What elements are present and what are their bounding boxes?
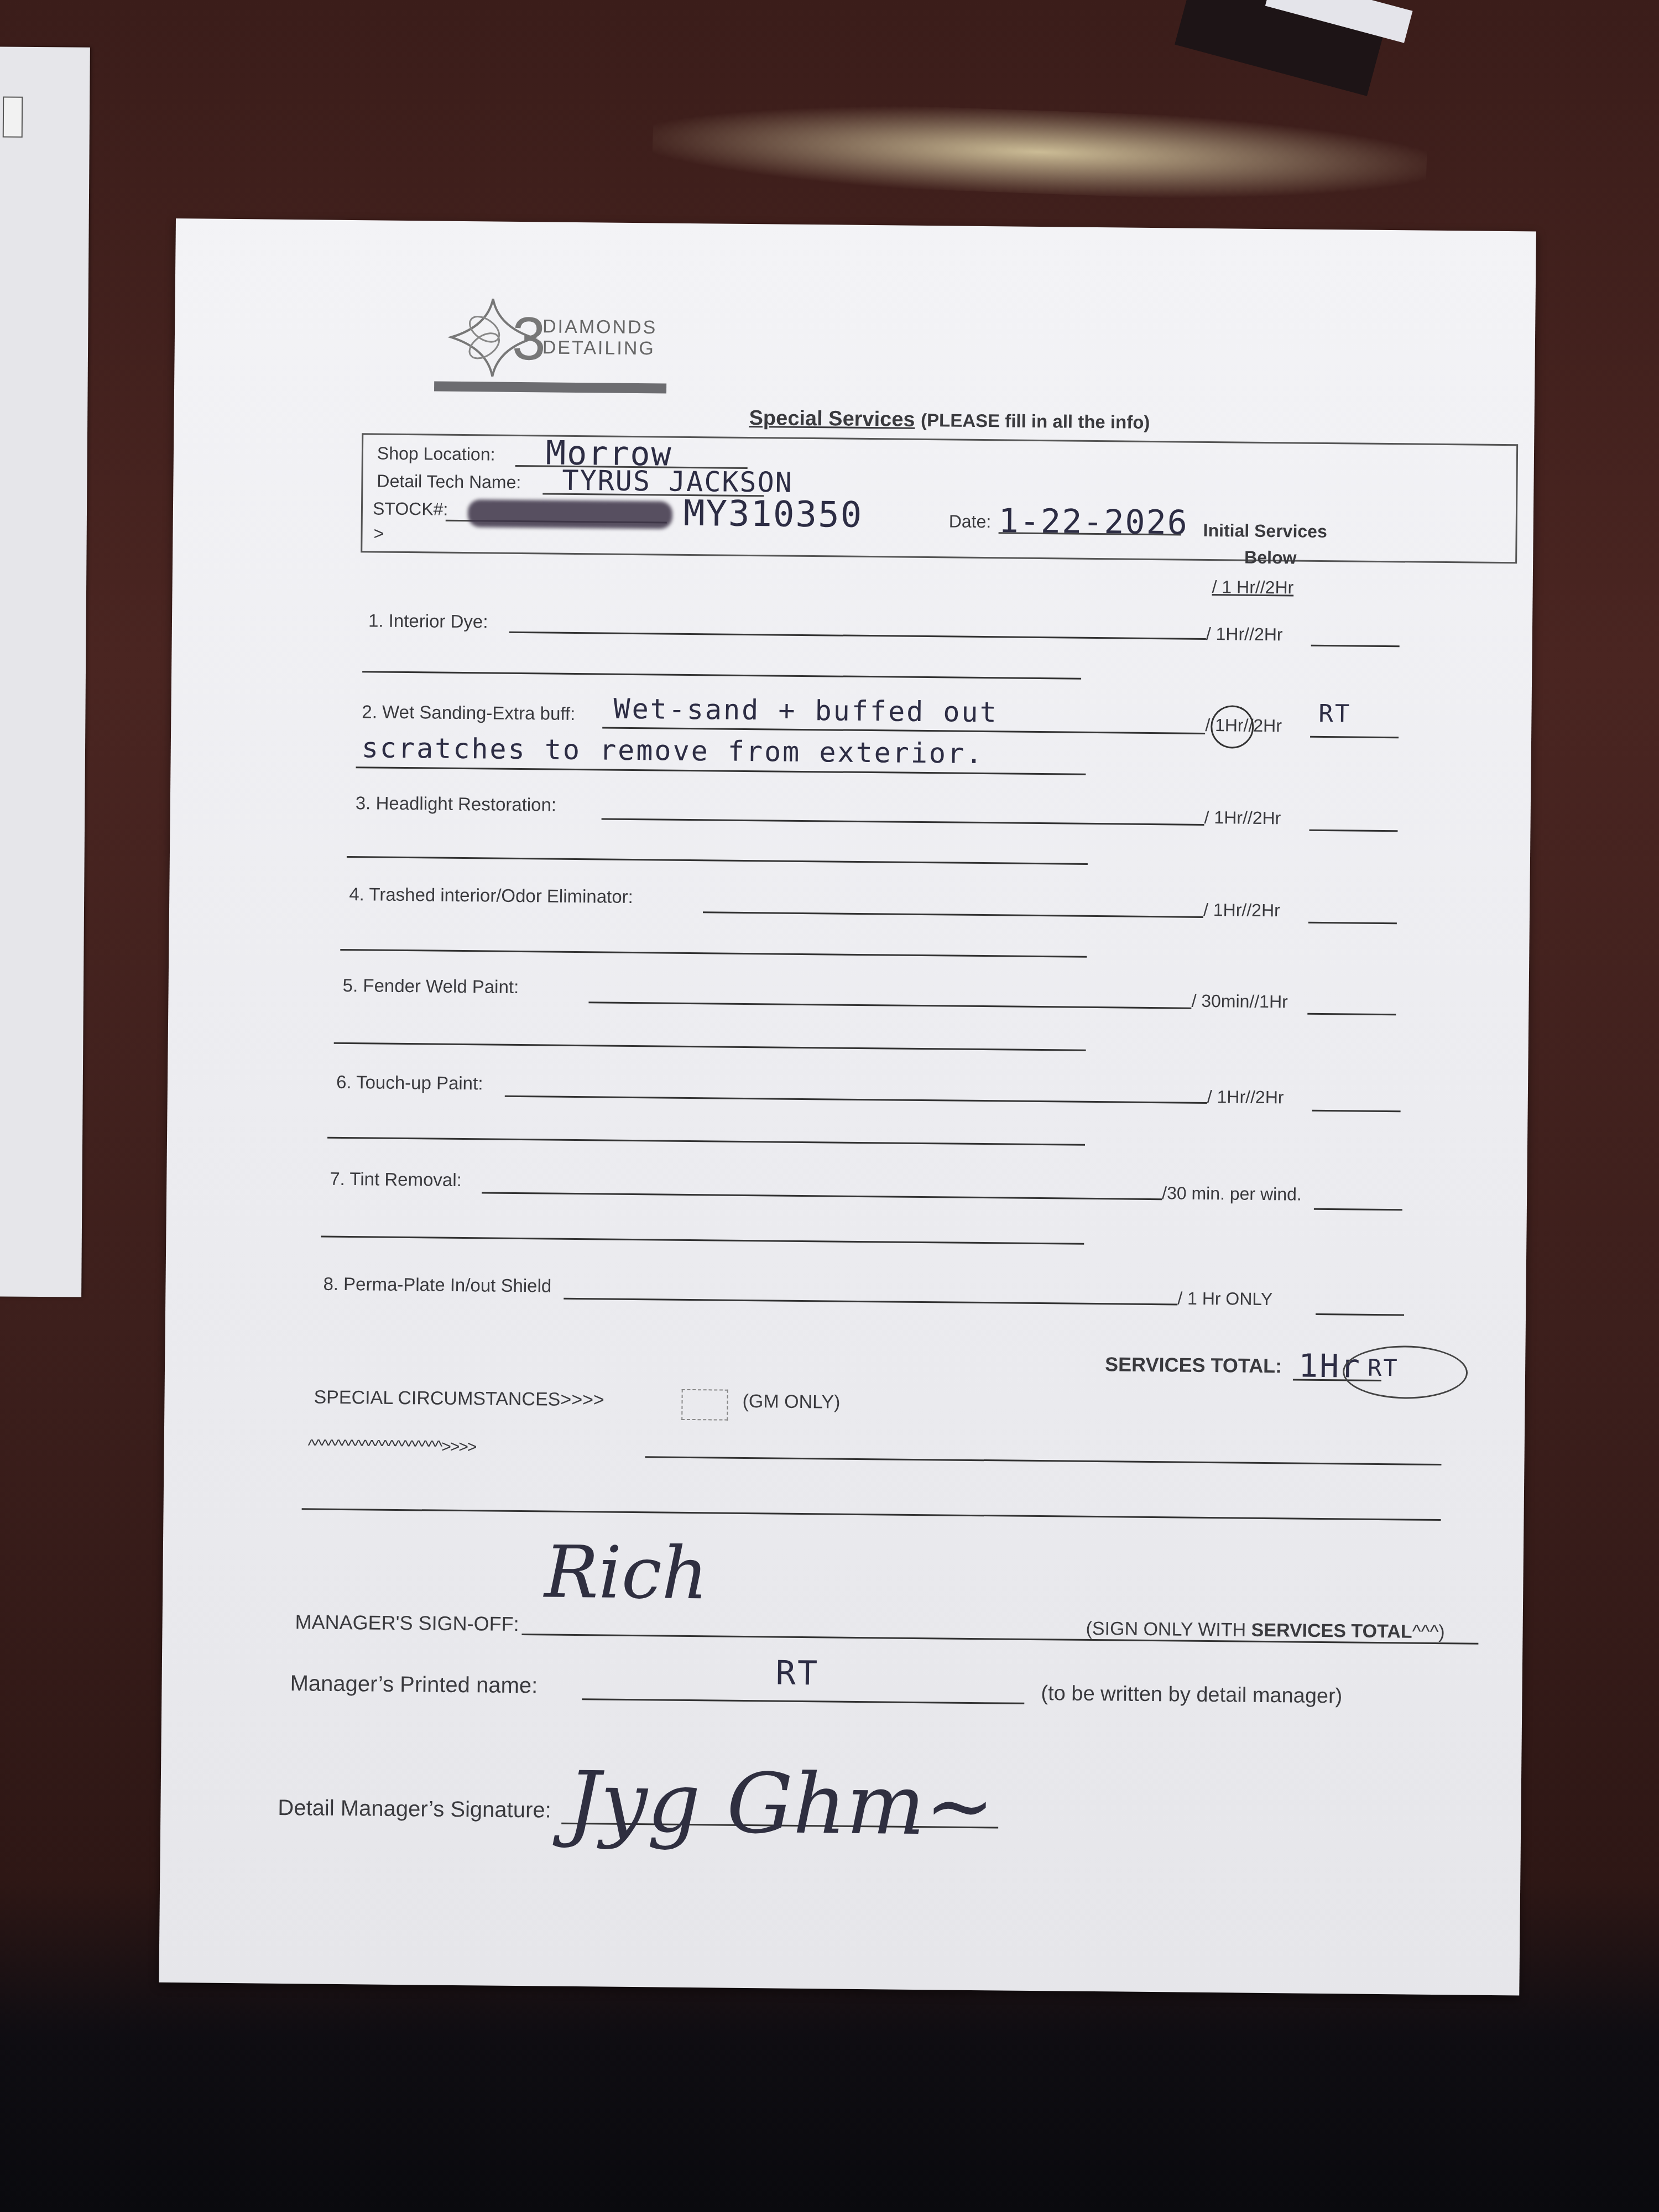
sign-only-note: (SIGN ONLY WITH SERVICES TOTAL^^^): [1086, 1618, 1445, 1643]
logo-line1: DIAMONDS: [542, 316, 658, 338]
printed-name-row: Manager’s Printed name: RT (to be writte…: [162, 1670, 1522, 1683]
service-label: 3. Headlight Restoration:: [356, 792, 557, 815]
sign-note-prefix: (SIGN ONLY WITH: [1086, 1618, 1251, 1641]
service-notes-field[interactable]: [602, 727, 1205, 734]
tech-name-label: Detail Tech Name:: [377, 471, 521, 493]
corner-paper: [1175, 0, 1391, 96]
service-label: 8. Perma-Plate In/out Shield: [323, 1274, 551, 1297]
initial-services-label: Initial Services: [1203, 520, 1327, 542]
special-circumstances-notes: ^^^^^^^^^^^^^^^^^^^^>>>>: [164, 1435, 1525, 1448]
service-notes-field[interactable]: [703, 911, 1203, 918]
title-main: Special Services: [749, 406, 915, 431]
service-notes-field[interactable]: [564, 1298, 1177, 1306]
service-row: 5. Fender Weld Paint: / 30min//1Hr: [169, 973, 1529, 987]
stock-arrow: >: [373, 523, 384, 544]
printed-name-field[interactable]: [582, 1698, 1024, 1704]
service-time: / 1Hr//2Hr: [1204, 807, 1281, 828]
service-label: 4. Trashed interior/Odor Eliminator:: [349, 884, 633, 907]
service-label: 1. Interior Dye:: [368, 610, 488, 632]
service-initials-field[interactable]: [1309, 830, 1397, 832]
checkbox-fragment: [3, 97, 23, 138]
initials-circle: [1343, 1345, 1468, 1399]
stock-label: STOCK#:: [373, 498, 448, 519]
service-time: / 1Hr//2Hr: [1203, 900, 1280, 921]
column-header-row: / 1 Hr//2Hr: [173, 567, 1533, 580]
service-row: 4. Trashed interior/Odor Eliminator: / 1…: [169, 882, 1530, 895]
service-row: 6. Touch-up Paint: / 1Hr//2Hr: [168, 1070, 1528, 1083]
service-time: / 1Hr//2Hr: [1207, 1087, 1284, 1108]
detail-manager-signature-row: Detail Manager’s Signature: Jyg Ghm~: [161, 1794, 1521, 1808]
services-total-initials[interactable]: RT: [1368, 1354, 1399, 1382]
service-label: 5. Fender Weld Paint:: [343, 975, 519, 998]
service-label: 7. Tint Removal:: [330, 1168, 462, 1191]
service-row: 1. Interior Dye: / 1Hr//2Hr: [172, 608, 1532, 622]
title-subtitle: (PLEASE fill in all the info): [921, 410, 1150, 432]
detail-manager-signature[interactable]: Jyg Ghm~: [567, 1754, 995, 1854]
sign-note-suffix: ^^^): [1412, 1621, 1445, 1643]
circled-time-marker: [1211, 705, 1254, 749]
special-circumstances-label: SPECIAL CIRCUMSTANCES>>>>: [314, 1386, 604, 1411]
date-field[interactable]: 1-22-2026: [998, 502, 1188, 542]
service-initials-field[interactable]: [1316, 1313, 1404, 1316]
service-initials-field[interactable]: [1307, 1013, 1396, 1016]
service-notes-field-2[interactable]: [362, 671, 1081, 679]
manager-signoff-label: MANAGER'S SIGN-OFF:: [295, 1610, 519, 1636]
service-label: 2. Wet Sanding-Extra buff:: [362, 701, 575, 724]
special-notes-field-2[interactable]: [302, 1508, 1441, 1521]
service-notes-field[interactable]: [588, 1001, 1191, 1009]
manager-signature[interactable]: Rich: [544, 1530, 708, 1616]
caret-pointer: ^^^^^^^^^^^^^^^^^^^^>>>>: [308, 1436, 476, 1457]
services-total-row: SERVICES TOTAL: 1Hr RT: [165, 1344, 1525, 1357]
redacted-scribble: [468, 499, 672, 529]
service-notes-field[interactable]: [482, 1192, 1162, 1200]
service-notes-field-2[interactable]: [321, 1236, 1084, 1245]
service-notes-field-2[interactable]: [347, 856, 1088, 865]
service-notes-field[interactable]: [505, 1095, 1207, 1104]
printed-name-value[interactable]: RT: [775, 1654, 819, 1693]
detail-signature-label: Detail Manager’s Signature:: [278, 1796, 551, 1823]
service-time: / 30min//1Hr: [1191, 991, 1288, 1013]
initial-services-label-2: Below: [1244, 547, 1297, 568]
service-notes-text-2[interactable]: scratches to remove from exterior.: [362, 732, 984, 770]
stock-field[interactable]: MY310350: [684, 493, 863, 536]
desk-glare: [651, 97, 1428, 207]
service-label: 6. Touch-up Paint:: [336, 1072, 483, 1094]
special-circumstances-row: SPECIAL CIRCUMSTANCES>>>> (GM ONLY): [165, 1385, 1525, 1399]
service-time: / 1Hr//2Hr: [1206, 624, 1283, 645]
shop-location-label: Shop Location:: [377, 444, 495, 465]
header-info-box: Shop Location: Morrow Detail Tech Name: …: [361, 433, 1518, 564]
service-row: 7. Tint Removal: /30 min. per wind.: [167, 1167, 1527, 1180]
company-logo: 3 DIAMONDS DETAILING: [445, 293, 679, 384]
service-notes-field[interactable]: [602, 818, 1204, 825]
service-notes-field-2[interactable]: [334, 1042, 1086, 1051]
service-notes-text[interactable]: Wet-sand + buffed out: [613, 693, 998, 729]
service-row: 3. Headlight Restoration: / 1Hr//2Hr: [170, 791, 1531, 804]
gm-only-checkbox[interactable]: [681, 1389, 728, 1421]
printed-name-note: (to be written by detail manager): [1041, 1682, 1342, 1708]
manager-signoff-row: MANAGER'S SIGN-OFF: Rich (SIGN ONLY WITH…: [163, 1609, 1523, 1623]
logo-numeral: 3: [512, 304, 546, 374]
special-services-form: 3 DIAMONDS DETAILING Special Services (P…: [159, 218, 1536, 1995]
logo-divider: [434, 381, 666, 393]
service-time: / 1 Hr ONLY: [1177, 1288, 1272, 1310]
special-notes-field[interactable]: [645, 1456, 1442, 1465]
service-row: 8. Perma-Plate In/out Shield / 1 Hr ONLY: [166, 1272, 1526, 1285]
gm-only-label: (GM ONLY): [742, 1391, 840, 1413]
service-notes-field-2[interactable]: [340, 949, 1087, 958]
sign-note-bold: SERVICES TOTAL: [1251, 1620, 1412, 1642]
service-initials-field[interactable]: [1311, 645, 1400, 648]
service-initials-field[interactable]: [1308, 922, 1397, 925]
column-header-time: / 1 Hr//2Hr: [1212, 577, 1294, 598]
service-initials-field[interactable]: [1314, 1208, 1402, 1211]
service-notes-field-2[interactable]: [327, 1137, 1085, 1146]
date-label: Date:: [949, 511, 992, 532]
service-initials-field[interactable]: [1310, 736, 1399, 739]
service-initials-text[interactable]: RT: [1318, 700, 1351, 728]
logo-line2: DETAILING: [542, 337, 655, 359]
background-paper-sheet: [0, 46, 90, 1297]
services-total-label: SERVICES TOTAL:: [1105, 1353, 1282, 1378]
service-initials-field[interactable]: [1312, 1110, 1401, 1113]
form-title: Special Services (PLEASE fill in all the…: [749, 406, 1150, 434]
service-time: /30 min. per wind.: [1162, 1183, 1302, 1204]
printed-name-label: Manager’s Printed name:: [290, 1671, 538, 1698]
service-notes-field[interactable]: [509, 632, 1206, 640]
service-row: 2. Wet Sanding-Extra buff: Wet-sand + bu…: [171, 700, 1532, 713]
